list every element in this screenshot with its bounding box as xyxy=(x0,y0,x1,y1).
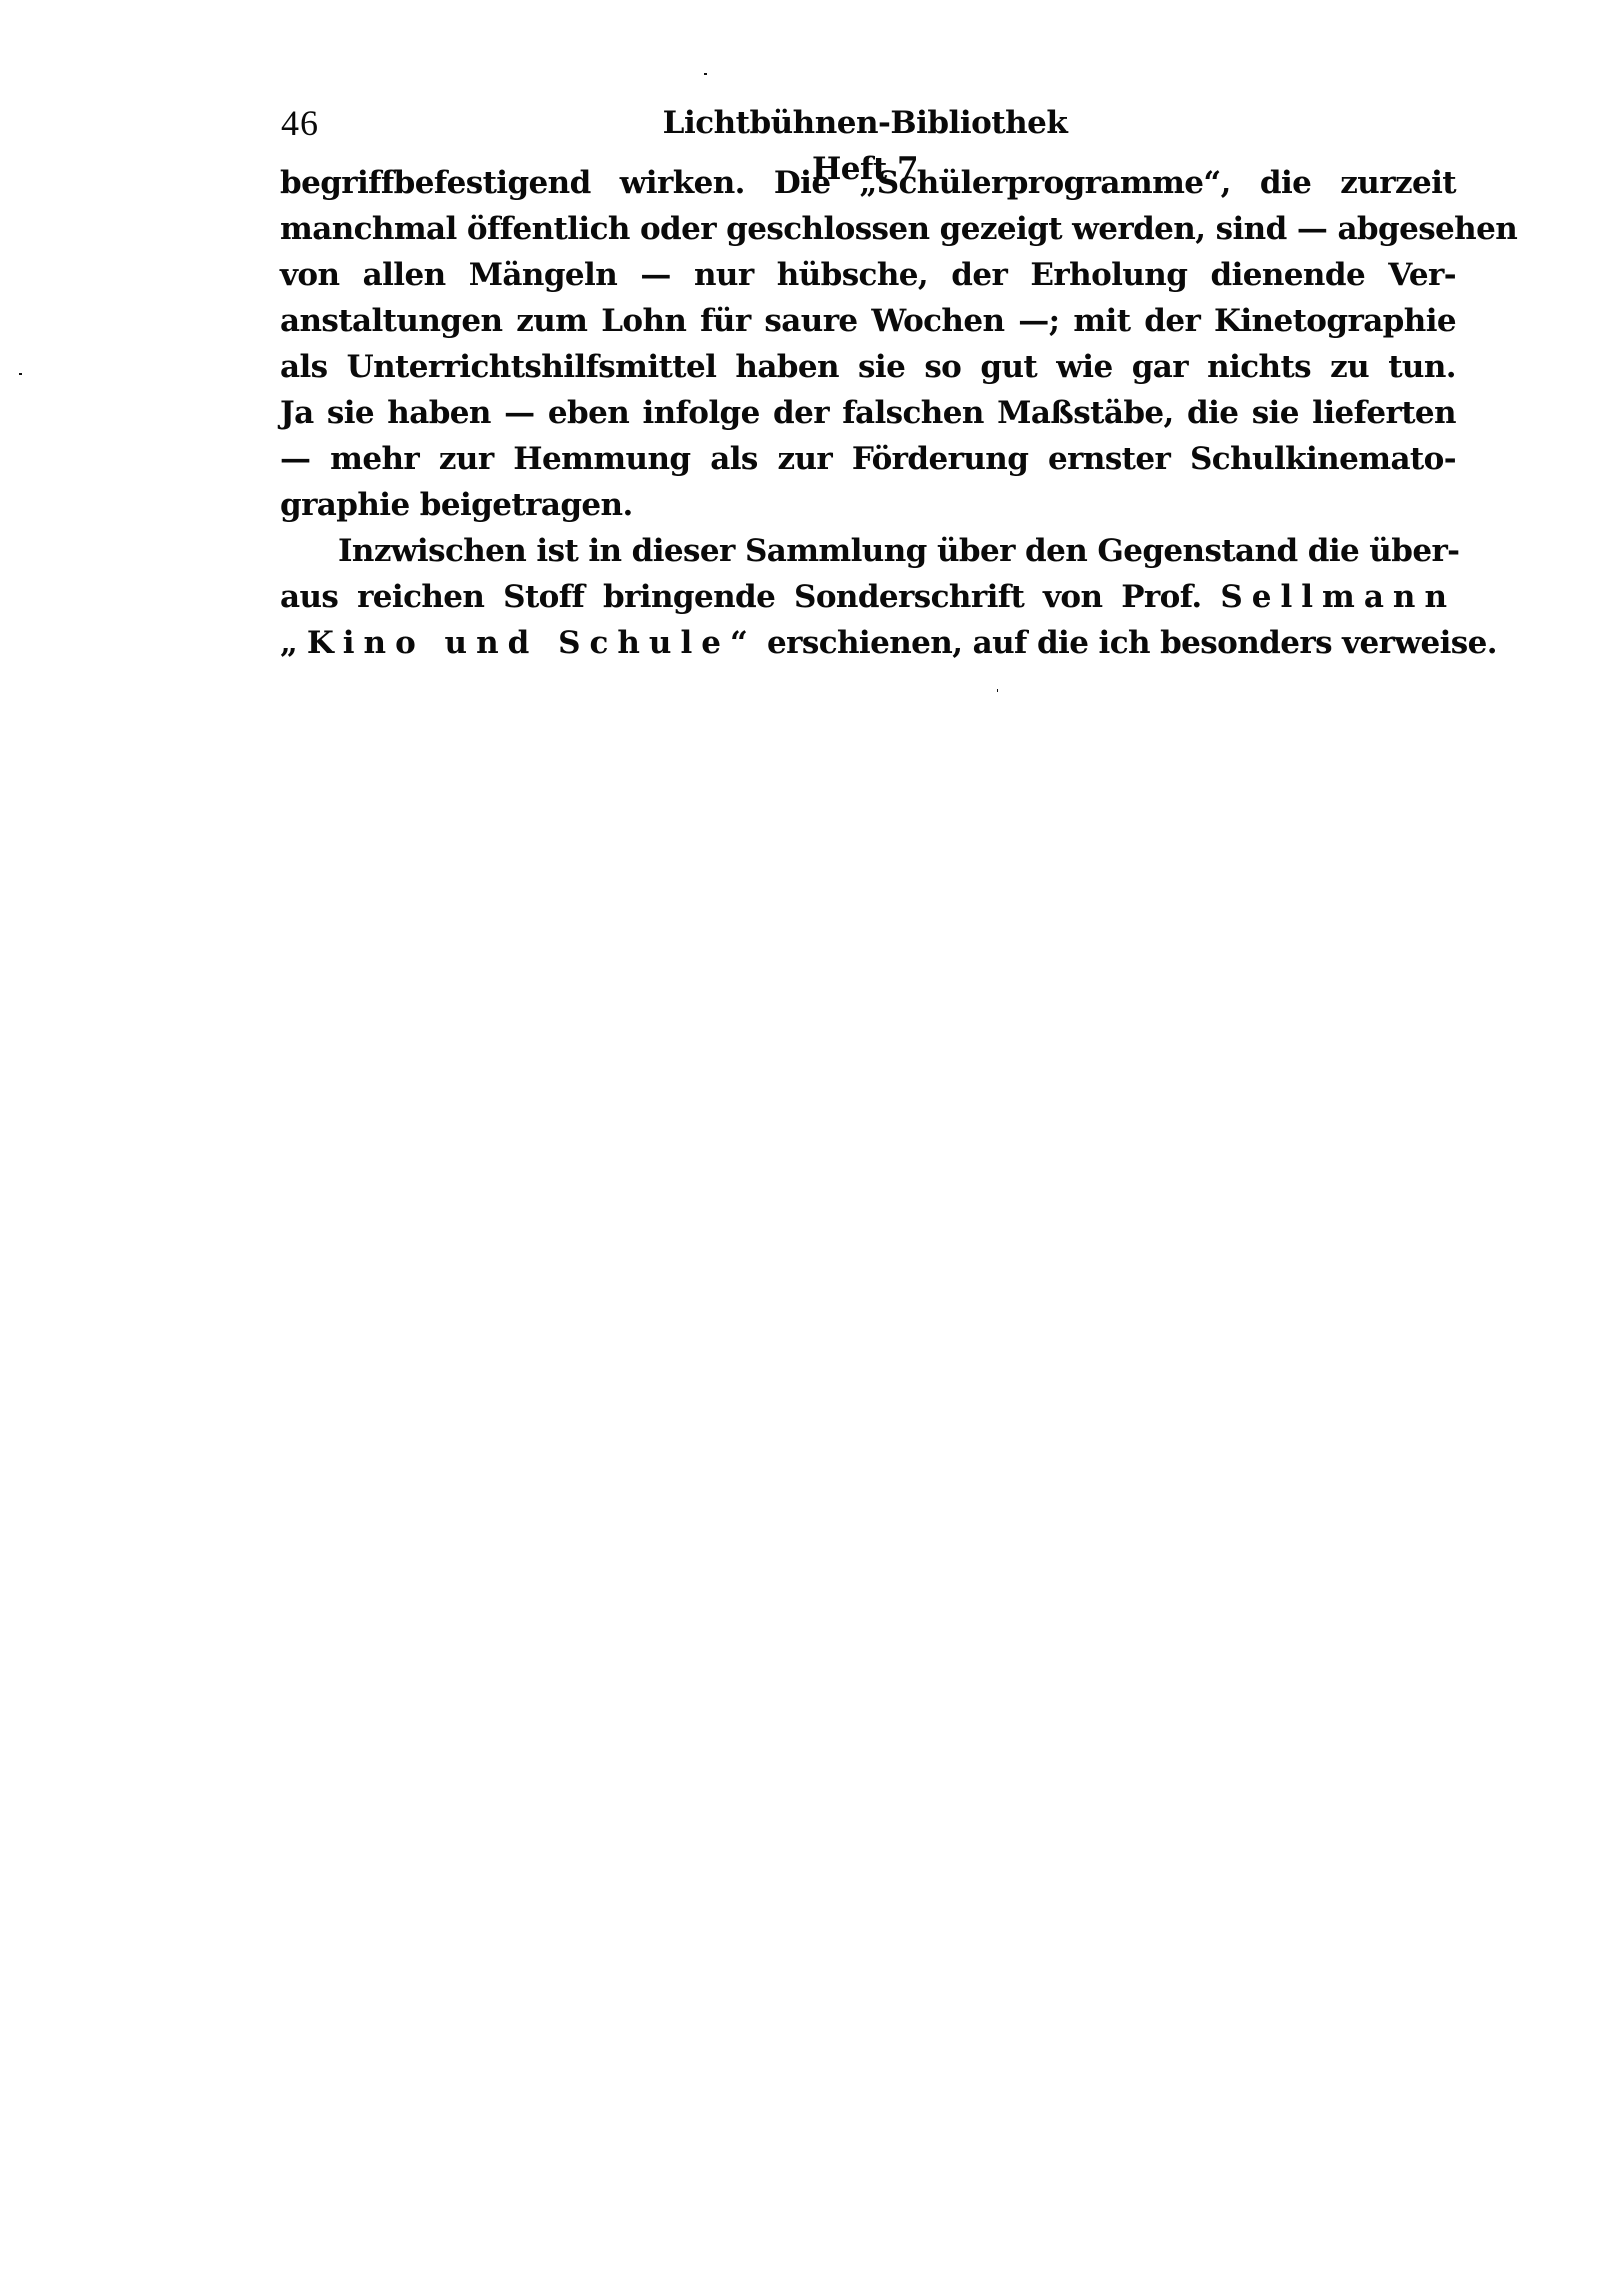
text-line: Ja sie haben — eben infolge der falschen… xyxy=(280,390,1456,436)
body-text: begriffbefestigend wirken. Die „Schülerp… xyxy=(280,160,1456,666)
text-line: Inzwischen ist in dieser Sammlung über d… xyxy=(280,528,1456,574)
page-number: 46 xyxy=(281,100,319,146)
text-line: anstaltungen zum Lohn für saure Wochen —… xyxy=(280,298,1456,344)
text-line: begriffbefestigend wirken. Die „Schülerp… xyxy=(280,160,1456,206)
text-segment: aus reichen Stoff bringende Sonderschrif… xyxy=(280,579,1202,615)
scan-speck-top xyxy=(704,73,707,75)
book-title-spaced: „Kino und Schule“ xyxy=(280,625,757,661)
author-name-spaced: Sellmann xyxy=(1220,579,1456,615)
scanned-book-page: 46 Lichtbühnen-Bibliothek Heft 7 begriff… xyxy=(0,0,1618,2284)
text-line: „Kino und Schule“ erschienen, auf die ic… xyxy=(280,620,1456,666)
scan-speck-left-margin xyxy=(19,373,22,375)
text-line: manchmal öffentlich oder geschlossen gez… xyxy=(280,206,1456,252)
text-line: — mehr zur Hemmung als zur Förderung ern… xyxy=(280,436,1456,482)
text-line: als Unterrichtshilfsmittel haben sie so … xyxy=(280,344,1456,390)
text-line: aus reichen Stoff bringende Sonderschrif… xyxy=(280,574,1456,620)
text-segment: erschienen, auf die ich besonders verwei… xyxy=(767,625,1497,661)
text-line: von allen Mängeln — nur hübsche, der Erh… xyxy=(280,252,1456,298)
paragraph-closing: Inzwischen ist in dieser Sammlung über d… xyxy=(280,528,1456,666)
scan-speck-mid xyxy=(997,689,998,692)
text-line: graphie beigetragen. xyxy=(280,482,1456,528)
paragraph-continued: begriffbefestigend wirken. Die „Schülerp… xyxy=(280,160,1456,528)
